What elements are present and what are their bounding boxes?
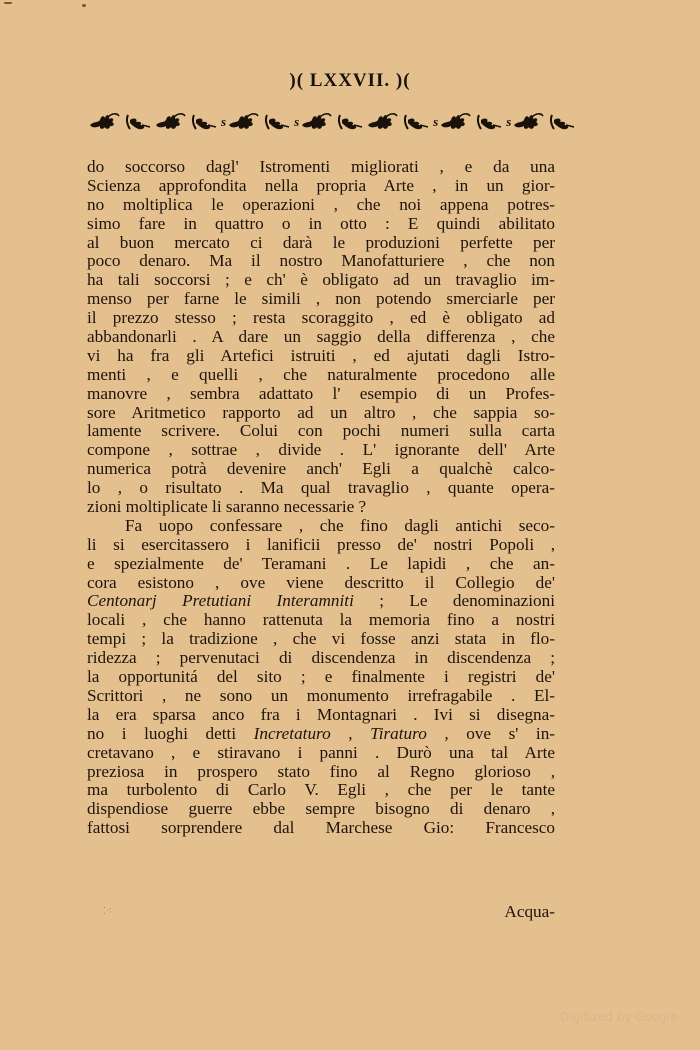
text-segment: Scienza approfondita nella propria Arte … <box>87 176 555 195</box>
book-page: )( LXXVII. )( s s s s do soccorso dagl' … <box>0 0 700 1050</box>
ornament-separator: s <box>294 114 299 130</box>
text-segment: , ove s' in- <box>427 724 555 743</box>
text-line: ma turbolento di Carlo V. Egli , che per… <box>87 781 555 800</box>
printer-ornament-band: s s s s <box>88 108 538 136</box>
text-segment: numerica potrà devenire anch' Egli a qua… <box>87 459 555 478</box>
ink-smudge: ⁚⁖ <box>103 906 112 917</box>
text-line: Scrittori , ne sono un monumento irrefra… <box>87 687 555 706</box>
text-line: al buon mercato ci darà le produzioni pe… <box>87 234 555 253</box>
text-line: simo fare in quattro o in otto : E quind… <box>87 215 555 234</box>
text-segment: vi ha fra gli Artefici istruiti , ed aju… <box>87 346 555 365</box>
text-line: compone , sottrae , divide . L' ignorant… <box>87 441 555 460</box>
text-segment: compone , sottrae , divide . L' ignorant… <box>87 440 555 459</box>
text-line: sore Aritmetico rapporto ad un altro , c… <box>87 404 555 423</box>
text-segment: simo fare in quattro o in otto : E quind… <box>87 214 555 233</box>
text-line: fattosi sorprendere dal Marchese Gio: Fr… <box>87 819 555 838</box>
text-segment: no moltiplica le operazioni , che noi ap… <box>87 195 555 214</box>
text-segment: tempi ; la tradizione , che vi fosse anz… <box>87 629 555 648</box>
ornament-separator: s <box>433 114 438 130</box>
text-segment: manovre , sembra adattato l' esempio di … <box>87 384 555 403</box>
body-text: do soccorso dagl' Istromenti migliorati … <box>87 158 555 838</box>
text-line: do soccorso dagl' Istromenti migliorati … <box>87 158 555 177</box>
text-segment: il prezzo stesso ; resta scoraggito , ed… <box>87 308 555 327</box>
text-segment: al buon mercato ci darà le produzioni pe… <box>87 233 555 252</box>
italic-text: Tiraturo <box>370 724 427 743</box>
italic-text: Centonarj Pretutiani Interamniti <box>87 591 354 610</box>
ornament-separator: s <box>221 114 226 130</box>
text-line: lamente scrivere. Colui con pochi numeri… <box>87 422 555 441</box>
digitization-watermark: Digitized by Google <box>560 1010 678 1024</box>
text-segment: e spezialmente de' Teramani . Le lapidi … <box>87 554 555 573</box>
text-line: vi ha fra gli Artefici istruiti , ed aju… <box>87 347 555 366</box>
text-line: dispendiose guerre ebbe sempre bisogno d… <box>87 800 555 819</box>
text-segment: ma turbolento di Carlo V. Egli , che per… <box>87 780 555 799</box>
text-line: menti , e quelli , che naturalmente proc… <box>87 366 555 385</box>
fleuron-ornament-icon <box>300 111 366 133</box>
paper-speck <box>82 4 86 7</box>
text-segment: Fa uopo confessare , che fino dagli anti… <box>125 516 555 535</box>
text-line: poco denaro. Ma il nostro Manofatturiere… <box>87 252 555 271</box>
text-line: li si esercitassero i lanificii presso d… <box>87 536 555 555</box>
text-segment: ha tali soccorsi ; e ch' è obligato ad u… <box>87 270 555 289</box>
text-line: Fa uopo confessare , che fino dagli anti… <box>87 517 555 536</box>
text-segment: do soccorso dagl' Istromenti migliorati … <box>87 157 555 176</box>
text-segment: cretavano , e stiravano i panni . Durò u… <box>87 743 555 762</box>
text-segment: la era sparsa anco fra i Montagnari . Iv… <box>87 705 555 724</box>
ornament-separator: s <box>506 114 511 130</box>
text-segment: abbandonarli . A dare un saggio della di… <box>87 327 555 346</box>
text-line: ridezza ; pervenutaci di discendenza in … <box>87 649 555 668</box>
text-segment: fattosi sorprendere dal Marchese Gio: Fr… <box>87 818 555 837</box>
text-segment: lo , o risultato . Ma qual travaglio , q… <box>87 478 555 497</box>
text-segment: preziosa in prospero stato fino al Regno… <box>87 762 555 781</box>
text-segment: ridezza ; pervenutaci di discendenza in … <box>87 648 555 667</box>
fleuron-ornament-icon <box>439 111 505 133</box>
text-line: no i luoghi detti Incretaturo , Tiraturo… <box>87 725 555 744</box>
text-line: abbandonarli . A dare un saggio della di… <box>87 328 555 347</box>
text-segment: cora esistono , ove viene descritto il C… <box>87 573 555 592</box>
paper-speck <box>4 2 12 4</box>
text-line: il prezzo stesso ; resta scoraggito , ed… <box>87 309 555 328</box>
text-segment: menso per farne le simili , non potendo … <box>87 289 555 308</box>
text-line: no moltiplica le operazioni , che noi ap… <box>87 196 555 215</box>
italic-text: Incretaturo <box>254 724 331 743</box>
text-line: la opportunitá del sito ; e finalmente i… <box>87 668 555 687</box>
text-segment: , <box>331 724 370 743</box>
text-line: numerica potrà devenire anch' Egli a qua… <box>87 460 555 479</box>
page-number-header: )( LXXVII. )( <box>0 70 700 92</box>
text-line: Scienza approfondita nella propria Arte … <box>87 177 555 196</box>
fleuron-ornament-icon <box>512 111 578 133</box>
text-segment: menti , e quelli , che naturalmente proc… <box>87 365 555 384</box>
text-segment: poco denaro. Ma il nostro Manofatturiere… <box>87 251 555 270</box>
text-line: preziosa in prospero stato fino al Regno… <box>87 763 555 782</box>
text-segment: Scrittori , ne sono un monumento irrefra… <box>87 686 555 705</box>
catchword: Acqua- <box>440 902 555 922</box>
text-line: manovre , sembra adattato l' esempio di … <box>87 385 555 404</box>
fleuron-ornament-icon <box>366 111 432 133</box>
text-segment: la opportunitá del sito ; e finalmente i… <box>87 667 555 686</box>
text-line: zioni moltiplicate li saranno necessarie… <box>87 498 555 517</box>
text-segment: sore Aritmetico rapporto ad un altro , c… <box>87 403 555 422</box>
text-line: ha tali soccorsi ; e ch' è obligato ad u… <box>87 271 555 290</box>
text-line: cora esistono , ove viene descritto il C… <box>87 574 555 593</box>
text-line: la era sparsa anco fra i Montagnari . Iv… <box>87 706 555 725</box>
text-line: lo , o risultato . Ma qual travaglio , q… <box>87 479 555 498</box>
text-segment: locali , che hanno rattenuta la memoria … <box>87 610 555 629</box>
text-line: Centonarj Pretutiani Interamniti ; Le de… <box>87 592 555 611</box>
text-line: e spezialmente de' Teramani . Le lapidi … <box>87 555 555 574</box>
text-segment: li si esercitassero i lanificii presso d… <box>87 535 555 554</box>
text-line: cretavano , e stiravano i panni . Durò u… <box>87 744 555 763</box>
text-segment: zioni moltiplicate li saranno necessarie… <box>87 497 366 516</box>
text-line: tempi ; la tradizione , che vi fosse anz… <box>87 630 555 649</box>
text-segment: ; Le denominazioni <box>354 591 555 610</box>
text-segment: dispendiose guerre ebbe sempre bisogno d… <box>87 799 555 818</box>
fleuron-ornament-icon <box>227 111 293 133</box>
text-line: menso per farne le simili , non potendo … <box>87 290 555 309</box>
text-line: locali , che hanno rattenuta la memoria … <box>87 611 555 630</box>
fleuron-ornament-icon <box>88 111 154 133</box>
text-segment: lamente scrivere. Colui con pochi numeri… <box>87 421 555 440</box>
fleuron-ornament-icon <box>154 111 220 133</box>
text-segment: no i luoghi detti <box>87 724 254 743</box>
